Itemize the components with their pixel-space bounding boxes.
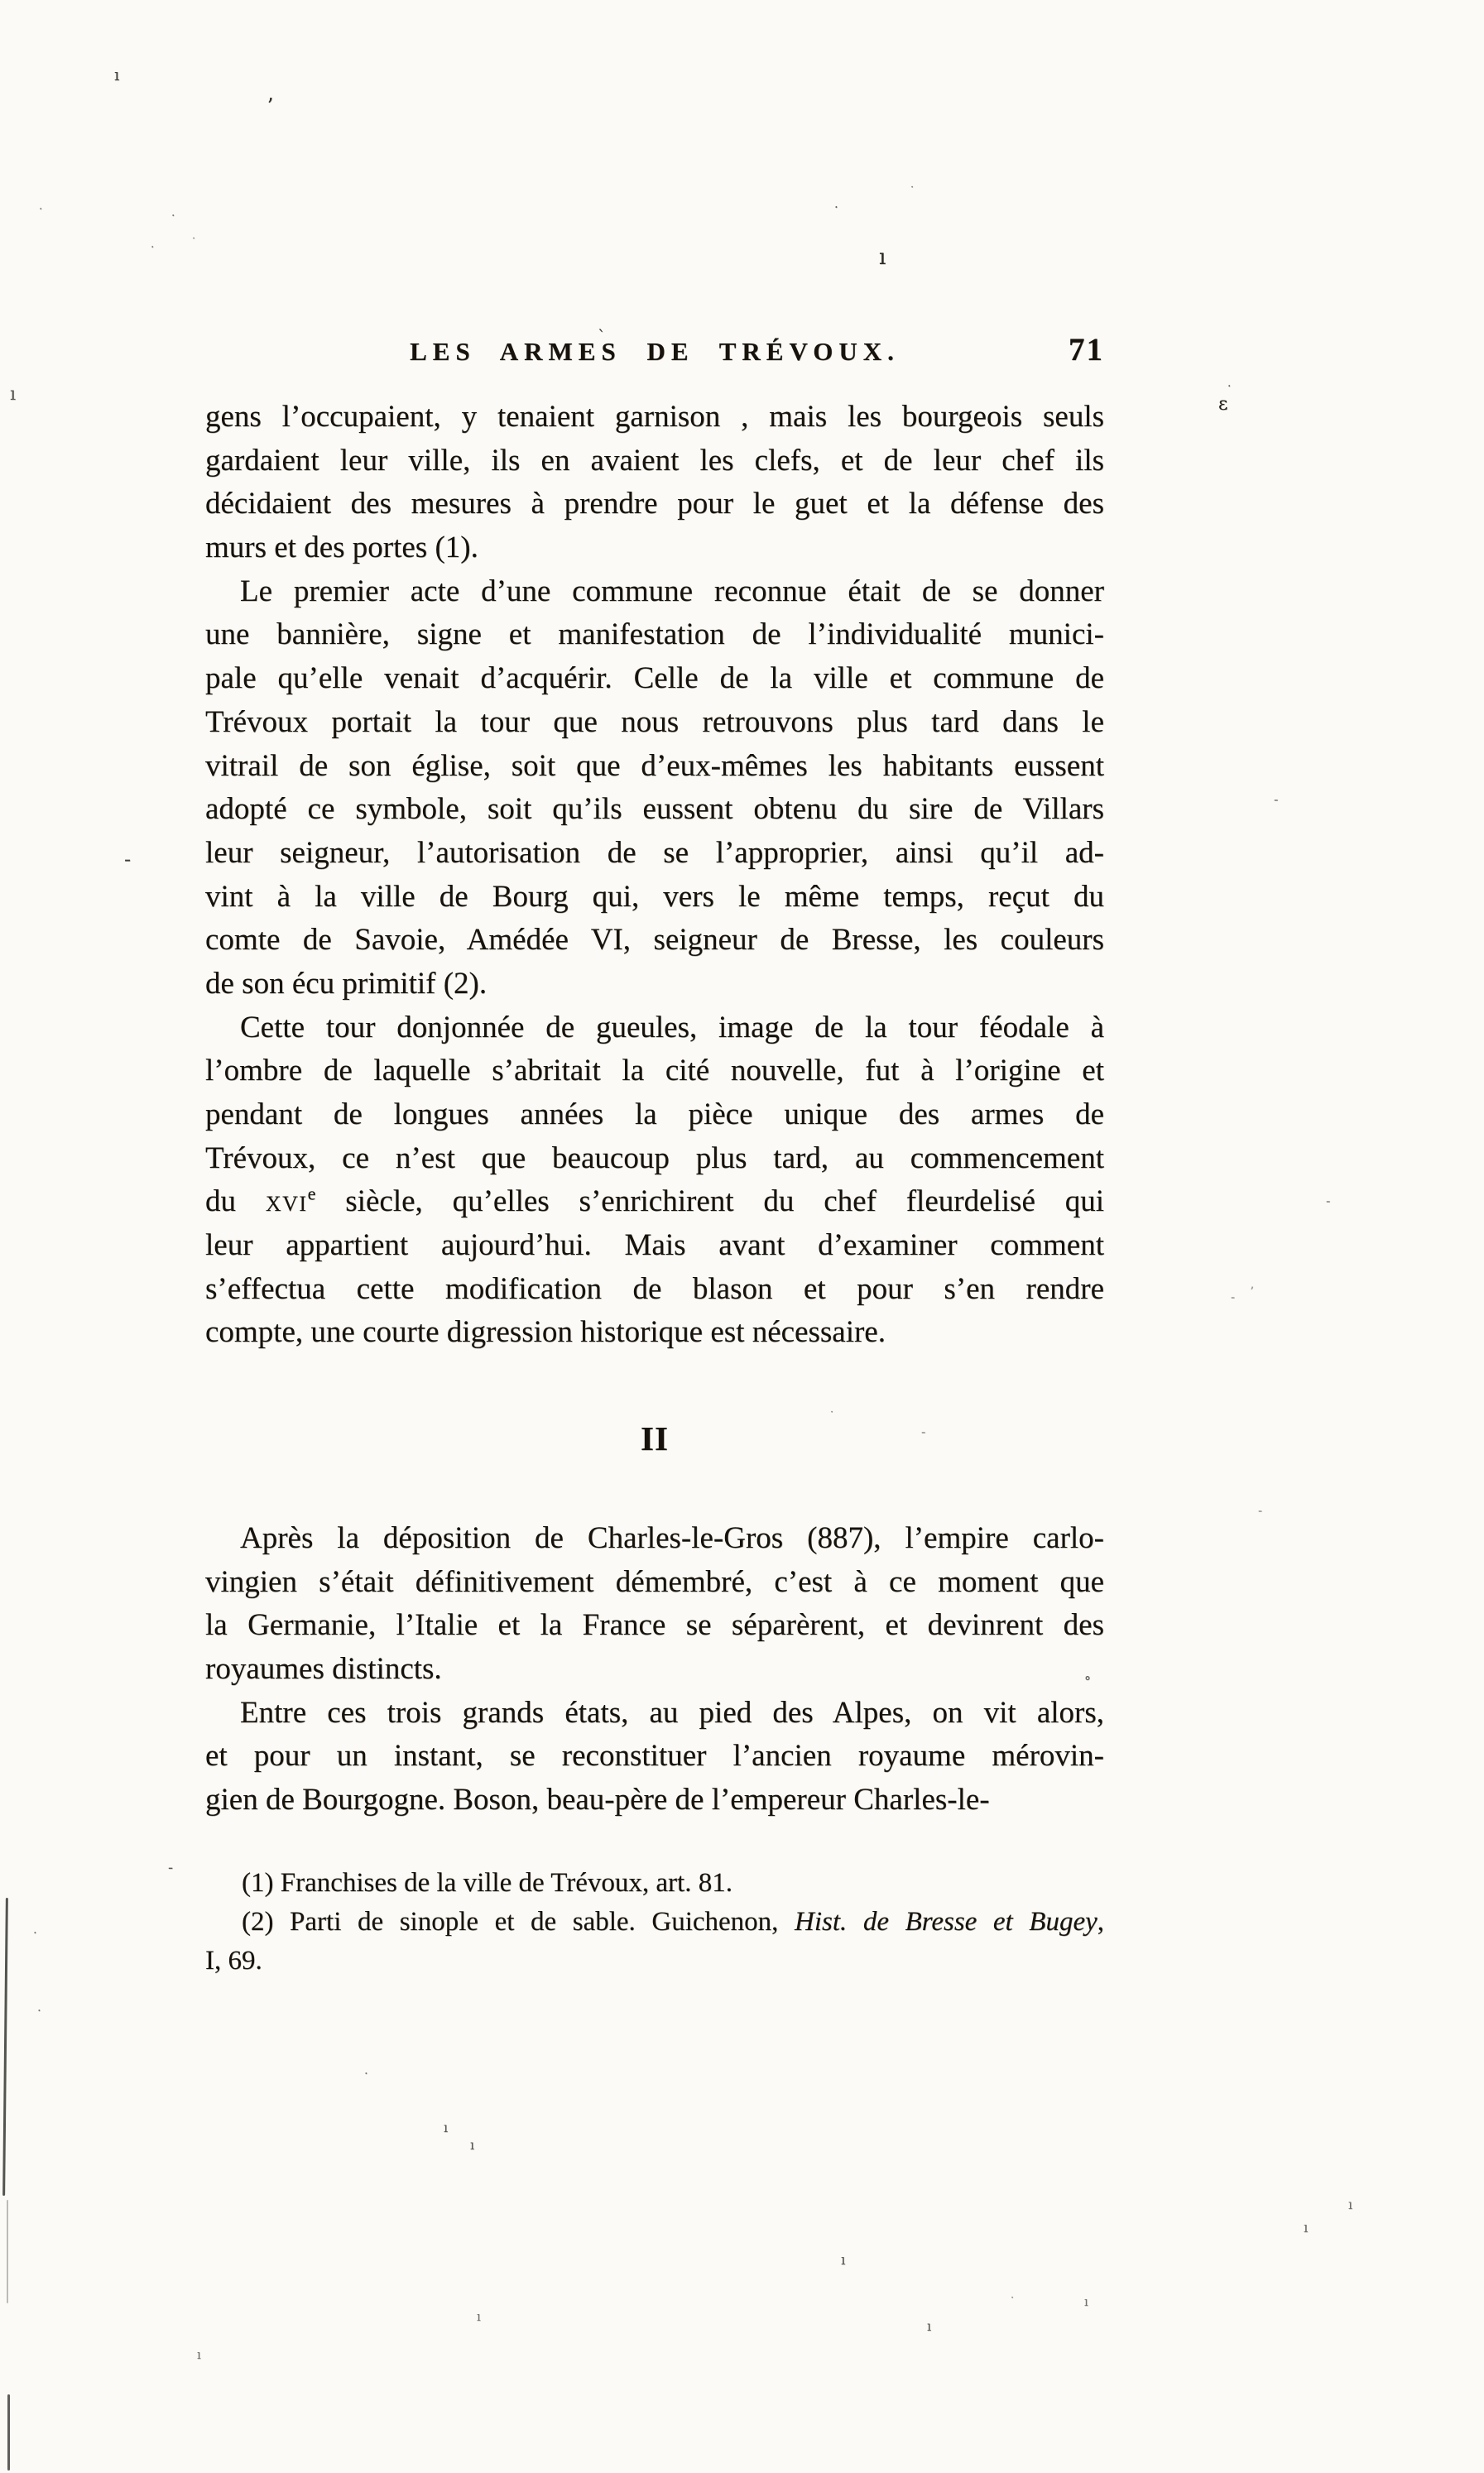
ink-speck: ε	[1218, 396, 1227, 414]
ink-speck: ·	[1011, 2293, 1014, 2303]
ink-speck: ·	[151, 242, 154, 253]
text-line: compte, une courte digression historique…	[205, 1311, 1104, 1355]
text-segment: compte, une courte digression historique…	[205, 1315, 886, 1349]
text-line: vingien s’était définitivement démembré,…	[205, 1561, 1104, 1605]
text-segment: Trévoux portait la tour que nous retrouv…	[205, 705, 1104, 739]
text-segment: pendant de longues années la pièce uniqu…	[205, 1097, 1104, 1131]
text-segment: comte de Savoie, Amédée VI, seigneur de …	[205, 923, 1104, 957]
running-header: LES ARMES DE TRÉVOUX. 71	[205, 331, 1104, 371]
text-line: Entre ces trois grands états, au pied de…	[205, 1692, 1104, 1736]
text-line: l’ombre de laquelle s’abritait la cité n…	[205, 1049, 1104, 1093]
text-segment: gens l’occupaient, y tenaient garnison ,…	[205, 400, 1104, 434]
text-line: adopté ce symbole, soit qu’ils eussent o…	[205, 788, 1104, 832]
ink-speck: -	[168, 1861, 173, 1875]
text-line: de son écu primitif (2).	[205, 963, 1104, 1006]
ink-speck: -	[921, 1425, 925, 1438]
page-edge-artifact	[7, 2200, 8, 2303]
text-segment: une bannière, signe et manifestation de …	[205, 617, 1104, 651]
ink-speck: ˋ	[598, 328, 606, 344]
ink-speck: -	[1274, 793, 1278, 806]
page-header-title: LES ARMES DE TRÉVOUX.	[205, 331, 1104, 367]
ink-speck: ·	[192, 233, 195, 244]
ink-speck: ı	[197, 2349, 201, 2361]
text-line: une bannière, signe et manifestation de …	[205, 613, 1104, 657]
text-segment: e	[308, 1184, 316, 1204]
text-segment: décidaient des mesures à prendre pour le…	[205, 487, 1104, 521]
ink-speck: ı	[10, 386, 16, 404]
ink-speck: ·	[39, 204, 42, 215]
text-segment: Entre ces trois grands états, au pied de…	[240, 1696, 1104, 1730]
text-segment: Hist. de Bresse et Bugey	[795, 1907, 1097, 1937]
text-segment: s’effectua cette modification de blason …	[205, 1272, 1104, 1306]
text-segment: l’ombre de laquelle s’abritait la cité n…	[205, 1054, 1104, 1088]
text-segment: vitrail de son église, soit que d’eux-mê…	[205, 749, 1104, 783]
page-number: 71	[1069, 331, 1104, 368]
text-segment: adopté ce symbole, soit qu’ils eussent o…	[205, 792, 1104, 826]
text-segment: Cette tour donjonnée de gueules, image d…	[240, 1011, 1104, 1044]
ink-speck: -	[1231, 1291, 1235, 1304]
text-line: leur appartient aujourd’hui. Mais avant …	[205, 1224, 1104, 1268]
text-line: gardaient leur ville, ils en avaient les…	[205, 439, 1104, 483]
text-line: décidaient des mesures à prendre pour le…	[205, 483, 1104, 526]
text-segment: (1) Franchises de la ville de Trévoux, a…	[242, 1868, 732, 1898]
scanned-book-page: LES ARMES DE TRÉVOUX. 71 gens l’occupaie…	[0, 0, 1484, 2473]
ink-speck: ı	[1348, 2198, 1352, 2211]
text-line: comte de Savoie, Amédée VI, seigneur de …	[205, 919, 1104, 963]
text-segment: murs et des portes (1).	[205, 531, 478, 564]
text-line: Le premier acte d’une commune reconnue é…	[205, 570, 1104, 614]
ink-speck: ·	[1227, 381, 1231, 392]
text-line: I, 69.	[205, 1942, 1104, 1981]
ink-speck: ·	[37, 2005, 41, 2017]
text-line: Après la déposition de Charles-le-Gros (…	[205, 1517, 1104, 1561]
text-segment: Trévoux, ce n’est que beaucoup plus tard…	[205, 1141, 1104, 1175]
text-segment: ,	[1097, 1907, 1104, 1937]
text-segment: Après la déposition de Charles-le-Gros (…	[240, 1521, 1104, 1555]
ink-speck: ı	[927, 2320, 931, 2333]
ink-speck: ı	[1084, 2296, 1088, 2308]
text-line: Trévoux, ce n’est que beaucoup plus tard…	[205, 1137, 1104, 1181]
text-line: pendant de longues années la pièce uniqu…	[205, 1093, 1104, 1137]
ink-speck: ı	[1304, 2221, 1308, 2235]
ink-speck: ·	[834, 201, 838, 214]
page-edge-artifact	[2, 1898, 8, 2196]
text-segment: royaumes distincts.	[205, 1652, 442, 1686]
text-segment: et pour un instant, se reconstituer l’an…	[205, 1739, 1104, 1773]
text-segment: vingien s’était définitivement démembré,…	[205, 1565, 1104, 1599]
text-line: leur seigneur, l’autorisation de se l’ap…	[205, 832, 1104, 876]
ink-speck: ·	[830, 1407, 833, 1418]
text-segment: I, 69.	[205, 1946, 262, 1976]
ink-speck: ·	[171, 210, 175, 222]
text-line: royaumes distincts.	[205, 1648, 1104, 1692]
text-line: la Germanie, l’Italie et la France se sé…	[205, 1604, 1104, 1648]
text-segment: (2) Parti de sinople et de sable. Guiche…	[242, 1907, 795, 1937]
text-segment: leur appartient aujourd’hui. Mais avant …	[205, 1228, 1104, 1262]
ink-speck: ʼ	[267, 96, 273, 116]
section-heading: II	[205, 1419, 1104, 1458]
ink-speck: ı	[841, 2254, 845, 2268]
page-edge-artifact	[7, 2394, 10, 2471]
ink-speck: ı	[470, 2139, 474, 2152]
ink-speck: -	[1326, 1194, 1330, 1208]
ink-speck: ·	[33, 1927, 37, 1939]
ink-speck: ı	[444, 2121, 448, 2134]
ink-speck: -	[1258, 1505, 1262, 1517]
text-line: (1) Franchises de la ville de Trévoux, a…	[205, 1864, 1104, 1903]
ink-speck: -	[124, 849, 131, 869]
ink-speck: ʼ	[1250, 1286, 1253, 1298]
ink-speck: ı	[114, 66, 119, 83]
ink-speck: ·	[910, 182, 914, 193]
text-line: pale qu’elle venait d’acquérir. Celle de…	[205, 657, 1104, 701]
text-line: gien de Bourgogne. Boson, beau-père de l…	[205, 1779, 1104, 1822]
text-line: et pour un instant, se reconstituer l’an…	[205, 1735, 1104, 1779]
ink-speck: ·	[364, 2067, 368, 2080]
text-line: du xvie siècle, qu’elles s’enrichirent d…	[205, 1180, 1104, 1224]
body-text-upper: gens l’occupaient, y tenaient garnison ,…	[205, 396, 1104, 1355]
text-segment: pale qu’elle venait d’acquérir. Celle de…	[205, 661, 1104, 695]
text-segment: gardaient leur ville, ils en avaient les…	[205, 444, 1104, 478]
text-line: vitrail de son église, soit que d’eux-mê…	[205, 745, 1104, 789]
text-segment: leur seigneur, l’autorisation de se l’ap…	[205, 836, 1104, 870]
text-segment: du	[205, 1184, 266, 1218]
text-line: Trévoux portait la tour que nous retrouv…	[205, 701, 1104, 745]
text-line: s’effectua cette modification de blason …	[205, 1268, 1104, 1312]
ink-speck: °	[1084, 1675, 1091, 1688]
text-segment: siècle, qu’elles s’enrichirent du chef f…	[315, 1184, 1104, 1218]
text-segment: de son écu primitif (2).	[205, 967, 487, 1001]
text-line: vint à la ville de Bourg qui, vers le mê…	[205, 876, 1104, 920]
text-segment: gien de Bourgogne. Boson, beau-père de l…	[205, 1783, 990, 1817]
text-line: Cette tour donjonnée de gueules, image d…	[205, 1006, 1104, 1050]
ink-speck: ı	[477, 2311, 481, 2323]
text-line: gens l’occupaient, y tenaient garnison ,…	[205, 396, 1104, 439]
text-segment: la Germanie, l’Italie et la France se sé…	[205, 1608, 1104, 1642]
text-line: (2) Parti de sinople et de sable. Guiche…	[205, 1903, 1104, 1942]
ink-speck: ı	[879, 247, 886, 268]
footnotes: (1) Franchises de la ville de Trévoux, a…	[205, 1864, 1104, 1981]
text-line: murs et des portes (1).	[205, 526, 1104, 570]
body-text-lower: Après la déposition de Charles-le-Gros (…	[205, 1517, 1104, 1822]
text-segment: Le premier acte d’une commune reconnue é…	[240, 574, 1104, 608]
text-segment: vint à la ville de Bourg qui, vers le mê…	[205, 880, 1104, 914]
text-segment: xvi	[266, 1184, 308, 1218]
